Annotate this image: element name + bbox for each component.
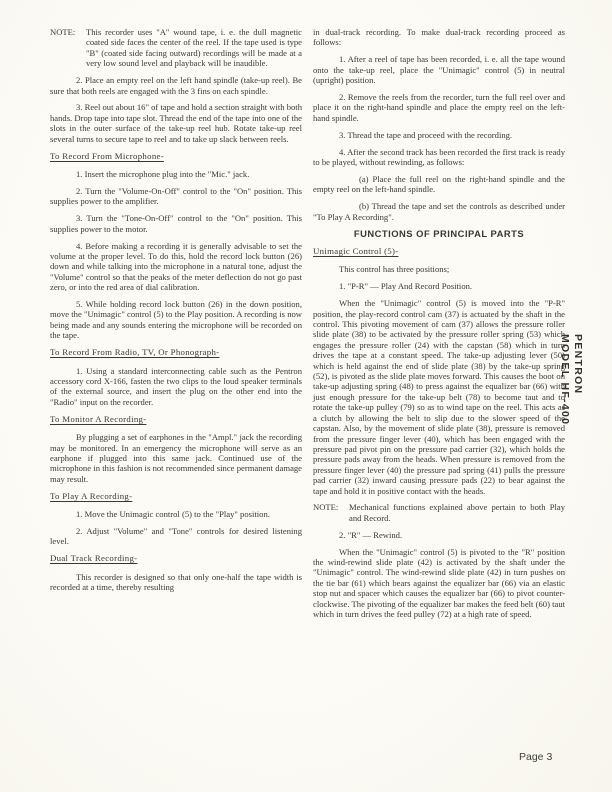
- body-paragraph: 1. After a reel of tape has been recorde…: [313, 54, 565, 85]
- body-paragraph: 2. Turn the "Volume-On-Off" control to t…: [50, 186, 302, 207]
- body-paragraph: 2. Adjust "Volume" and "Tone" controls f…: [50, 526, 302, 547]
- body-paragraph: (b) Thread the tape and set the controls…: [313, 201, 565, 222]
- body-paragraph: 2. "R" — Rewind.: [313, 530, 565, 540]
- body-paragraph: in dual-track recording. To make dual-tr…: [313, 27, 565, 48]
- body-paragraph: 1. Using a standard interconnecting cabl…: [50, 366, 302, 408]
- note-text: This recorder uses "A" wound tape, i. e.…: [86, 27, 302, 69]
- body-paragraph: 3. Reel out about 16" of tape and hold a…: [50, 102, 302, 144]
- body-paragraph: 4. After the second track has been recor…: [313, 147, 565, 168]
- body-paragraph: 4. Before making a recording it is gener…: [50, 241, 302, 293]
- section-heading-record-from-microphone: To Record From Microphone-: [50, 151, 302, 161]
- left-column: NOTE: This recorder uses "A" wound tape,…: [50, 27, 302, 599]
- body-paragraph: By plugging a set of earphones in the "A…: [50, 432, 302, 484]
- body-paragraph: 3. Thread the tape and proceed with the …: [313, 130, 565, 140]
- body-paragraph: This control has three positions;: [313, 264, 565, 274]
- section-heading-dual-track-recording: Dual Track Recording-: [50, 553, 302, 563]
- page-number: Page 3: [519, 751, 552, 763]
- body-paragraph: 1. Insert the microphone plug into the "…: [50, 169, 302, 179]
- body-paragraph: 2. Place an empty reel on the left hand …: [50, 75, 302, 96]
- model-number: MODEL HF-400: [559, 334, 571, 425]
- chapter-heading-functions-of-principal-parts: FUNCTIONS OF PRINCIPAL PARTS: [313, 229, 565, 239]
- body-paragraph: 3. Turn the "Tone-On-Off" control to the…: [50, 213, 302, 234]
- note-label: NOTE:: [50, 27, 86, 69]
- section-heading-unimagic-control: Unimagic Control (5)-: [313, 246, 565, 256]
- note-block: NOTE: This recorder uses "A" wound tape,…: [50, 27, 302, 69]
- body-paragraph: (a) Place the full reel on the right-han…: [313, 174, 565, 195]
- body-paragraph: This recorder is designed so that only o…: [50, 572, 302, 593]
- body-paragraph: When the "Unimagic" control (5) is pivot…: [313, 547, 565, 620]
- section-heading-play-a-recording: To Play A Recording-: [50, 491, 302, 501]
- brand-name: PENTRON: [572, 334, 584, 394]
- body-paragraph: 1. "P-R" — Play And Record Position.: [313, 281, 565, 291]
- right-column: in dual-track recording. To make dual-tr…: [313, 27, 565, 626]
- edge-model-tab-text: PENTRON MODEL HF-400: [558, 334, 584, 425]
- manual-page: NOTE: This recorder uses "A" wound tape,…: [0, 0, 612, 792]
- section-heading-monitor-a-recording: To Monitor A Recording-: [50, 414, 302, 424]
- note-block: NOTE: Mechanical functions explained abo…: [313, 502, 565, 523]
- body-paragraph: 2. Remove the reels from the recorder, t…: [313, 92, 565, 123]
- section-heading-record-from-radio-tv-phonograph: To Record From Radio, TV, Or Phonograph-: [50, 347, 302, 357]
- body-paragraph: 1. Move the Unimagic control (5) to the …: [50, 509, 302, 519]
- note-text: Mechanical functions explained above per…: [349, 502, 565, 523]
- body-paragraph: 5. While holding record lock button (26)…: [50, 299, 302, 341]
- note-label: NOTE:: [313, 502, 349, 523]
- edge-model-tab: PENTRON MODEL HF-400: [550, 304, 592, 456]
- body-paragraph: When the "Unimagic" control (5) is moved…: [313, 298, 565, 496]
